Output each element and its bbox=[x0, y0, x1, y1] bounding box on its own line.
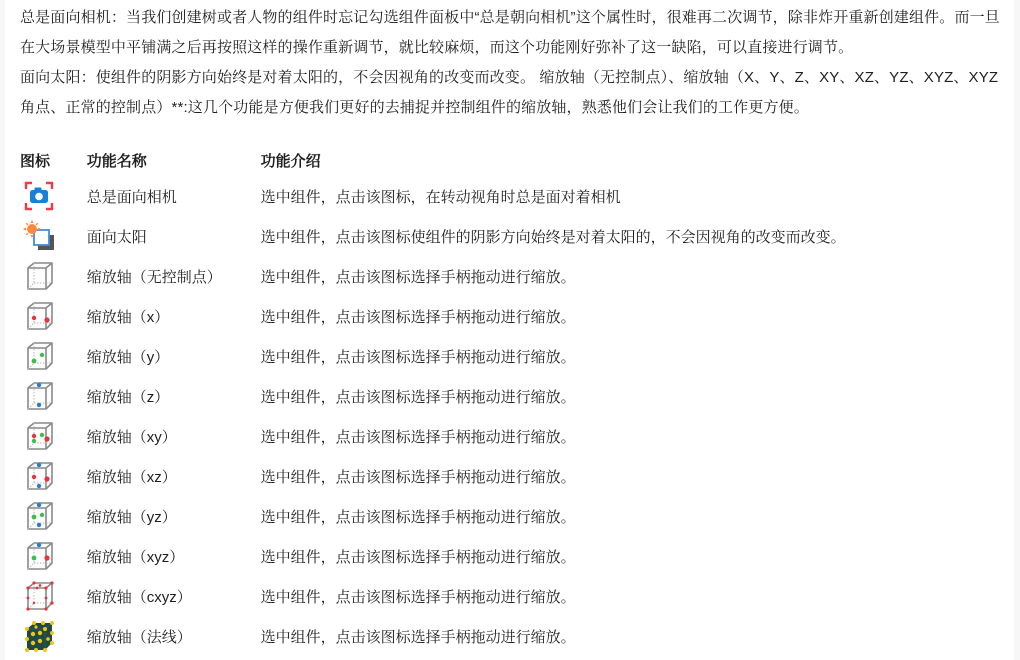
document-page: 总是面向相机：当我们创建树或者人物的组件时忘记勾选组件面板中“总是朝向相机”这个… bbox=[5, 0, 1014, 660]
feature-desc: 选中组件，点击该图标使组件的阴影方向始终是对着太阳的，不会因视角的改变而改变。 bbox=[261, 216, 1014, 256]
feature-name: 缩放轴（xy） bbox=[87, 416, 261, 456]
camera-face-icon bbox=[22, 179, 56, 213]
table-row: 缩放轴（cxyz） 选中组件，点击该图标选择手柄拖动进行缩放。 bbox=[20, 576, 1014, 616]
table-header-row: 图标 功能名称 功能介绍 bbox=[20, 144, 1014, 176]
intro-text: 总是面向相机：当我们创建树或者人物的组件时忘记勾选组件面板中“总是朝向相机”这个… bbox=[20, 3, 1005, 123]
feature-name: 缩放轴（法线） bbox=[87, 616, 261, 656]
feature-name: 缩放轴（yz） bbox=[87, 496, 261, 536]
feature-desc: 选中组件，点击该图标选择手柄拖动进行缩放。 bbox=[261, 296, 1014, 336]
feature-name: 缩放轴（x） bbox=[87, 296, 261, 336]
table-row: 缩放轴（yz） 选中组件，点击该图标选择手柄拖动进行缩放。 bbox=[20, 496, 1014, 536]
header-icon: 图标 bbox=[20, 144, 87, 176]
scale-xz-icon bbox=[22, 459, 56, 493]
header-desc: 功能介绍 bbox=[261, 144, 1014, 176]
scale-cxyz-icon bbox=[22, 579, 56, 613]
feature-desc: 选中组件，点击该图标选择手柄拖动进行缩放。 bbox=[261, 576, 1014, 616]
feature-name: 面向太阳 bbox=[87, 216, 261, 256]
table-row: 缩放轴（xyz） 选中组件，点击该图标选择手柄拖动进行缩放。 bbox=[20, 536, 1014, 576]
feature-desc: 选中组件，点击该图标选择手柄拖动进行缩放。 bbox=[261, 416, 1014, 456]
intro-paragraph-camera: 总是面向相机：当我们创建树或者人物的组件时忘记勾选组件面板中“总是朝向相机”这个… bbox=[20, 3, 1005, 63]
feature-desc: 选中组件，点击该图标选择手柄拖动进行缩放。 bbox=[261, 256, 1014, 296]
scale-normal-icon bbox=[22, 619, 56, 653]
table-row: 缩放轴（x） 选中组件，点击该图标选择手柄拖动进行缩放。 bbox=[20, 296, 1014, 336]
table-row: 缩放轴（无控制点） 选中组件，点击该图标选择手柄拖动进行缩放。 bbox=[20, 256, 1014, 296]
feature-desc: 选中组件，点击该图标选择手柄拖动进行缩放。 bbox=[261, 456, 1014, 496]
scale-yz-icon bbox=[22, 499, 56, 533]
feature-desc: 选中组件，点击该图标选择手柄拖动进行缩放。 bbox=[261, 496, 1014, 536]
scale-z-icon bbox=[22, 379, 56, 413]
feature-desc: 选中组件，点击该图标选择手柄拖动进行缩放。 bbox=[261, 336, 1014, 376]
scale-y-icon bbox=[22, 339, 56, 373]
table-row: 缩放轴（z） 选中组件，点击该图标选择手柄拖动进行缩放。 bbox=[20, 376, 1014, 416]
feature-name: 总是面向相机 bbox=[87, 176, 261, 216]
feature-desc: 选中组件，点击该图标选择手柄拖动进行缩放。 bbox=[261, 536, 1014, 576]
feature-name: 缩放轴（xz） bbox=[87, 456, 261, 496]
feature-name: 缩放轴（xyz） bbox=[87, 536, 261, 576]
table-row: 缩放轴（xy） 选中组件，点击该图标选择手柄拖动进行缩放。 bbox=[20, 416, 1014, 456]
feature-name: 缩放轴（cxyz） bbox=[87, 576, 261, 616]
feature-name: 缩放轴（z） bbox=[87, 376, 261, 416]
table-row: 缩放轴（y） 选中组件，点击该图标选择手柄拖动进行缩放。 bbox=[20, 336, 1014, 376]
feature-desc: 选中组件，点击该图标选择手柄拖动进行缩放。 bbox=[261, 376, 1014, 416]
feature-name: 缩放轴（y） bbox=[87, 336, 261, 376]
header-name: 功能名称 bbox=[87, 144, 261, 176]
feature-name: 缩放轴（无控制点） bbox=[87, 256, 261, 296]
scale-none-icon bbox=[22, 259, 56, 293]
feature-table: 图标 功能名称 功能介绍 总是面向相机 选中组件，点击该图标，在转动视角时总是面… bbox=[20, 144, 1014, 656]
intro-paragraph-sun-scale: 面向太阳：使组件的阴影方向始终是对着太阳的，不会因视角的改变而改变。 缩放轴（无… bbox=[20, 63, 1005, 123]
feature-desc: 选中组件，点击该图标，在转动视角时总是面对着相机 bbox=[261, 176, 1014, 216]
scale-xyz-icon bbox=[22, 539, 56, 573]
table-row: 总是面向相机 选中组件，点击该图标，在转动视角时总是面对着相机 bbox=[20, 176, 1014, 216]
table-row: 面向太阳 选中组件，点击该图标使组件的阴影方向始终是对着太阳的，不会因视角的改变… bbox=[20, 216, 1014, 256]
table-row: 缩放轴（xz） 选中组件，点击该图标选择手柄拖动进行缩放。 bbox=[20, 456, 1014, 496]
feature-desc: 选中组件，点击该图标选择手柄拖动进行缩放。 bbox=[261, 616, 1014, 656]
scale-xy-icon bbox=[22, 419, 56, 453]
sun-face-icon bbox=[22, 219, 56, 253]
table-row: 缩放轴（法线） 选中组件，点击该图标选择手柄拖动进行缩放。 bbox=[20, 616, 1014, 656]
scale-x-icon bbox=[22, 299, 56, 333]
